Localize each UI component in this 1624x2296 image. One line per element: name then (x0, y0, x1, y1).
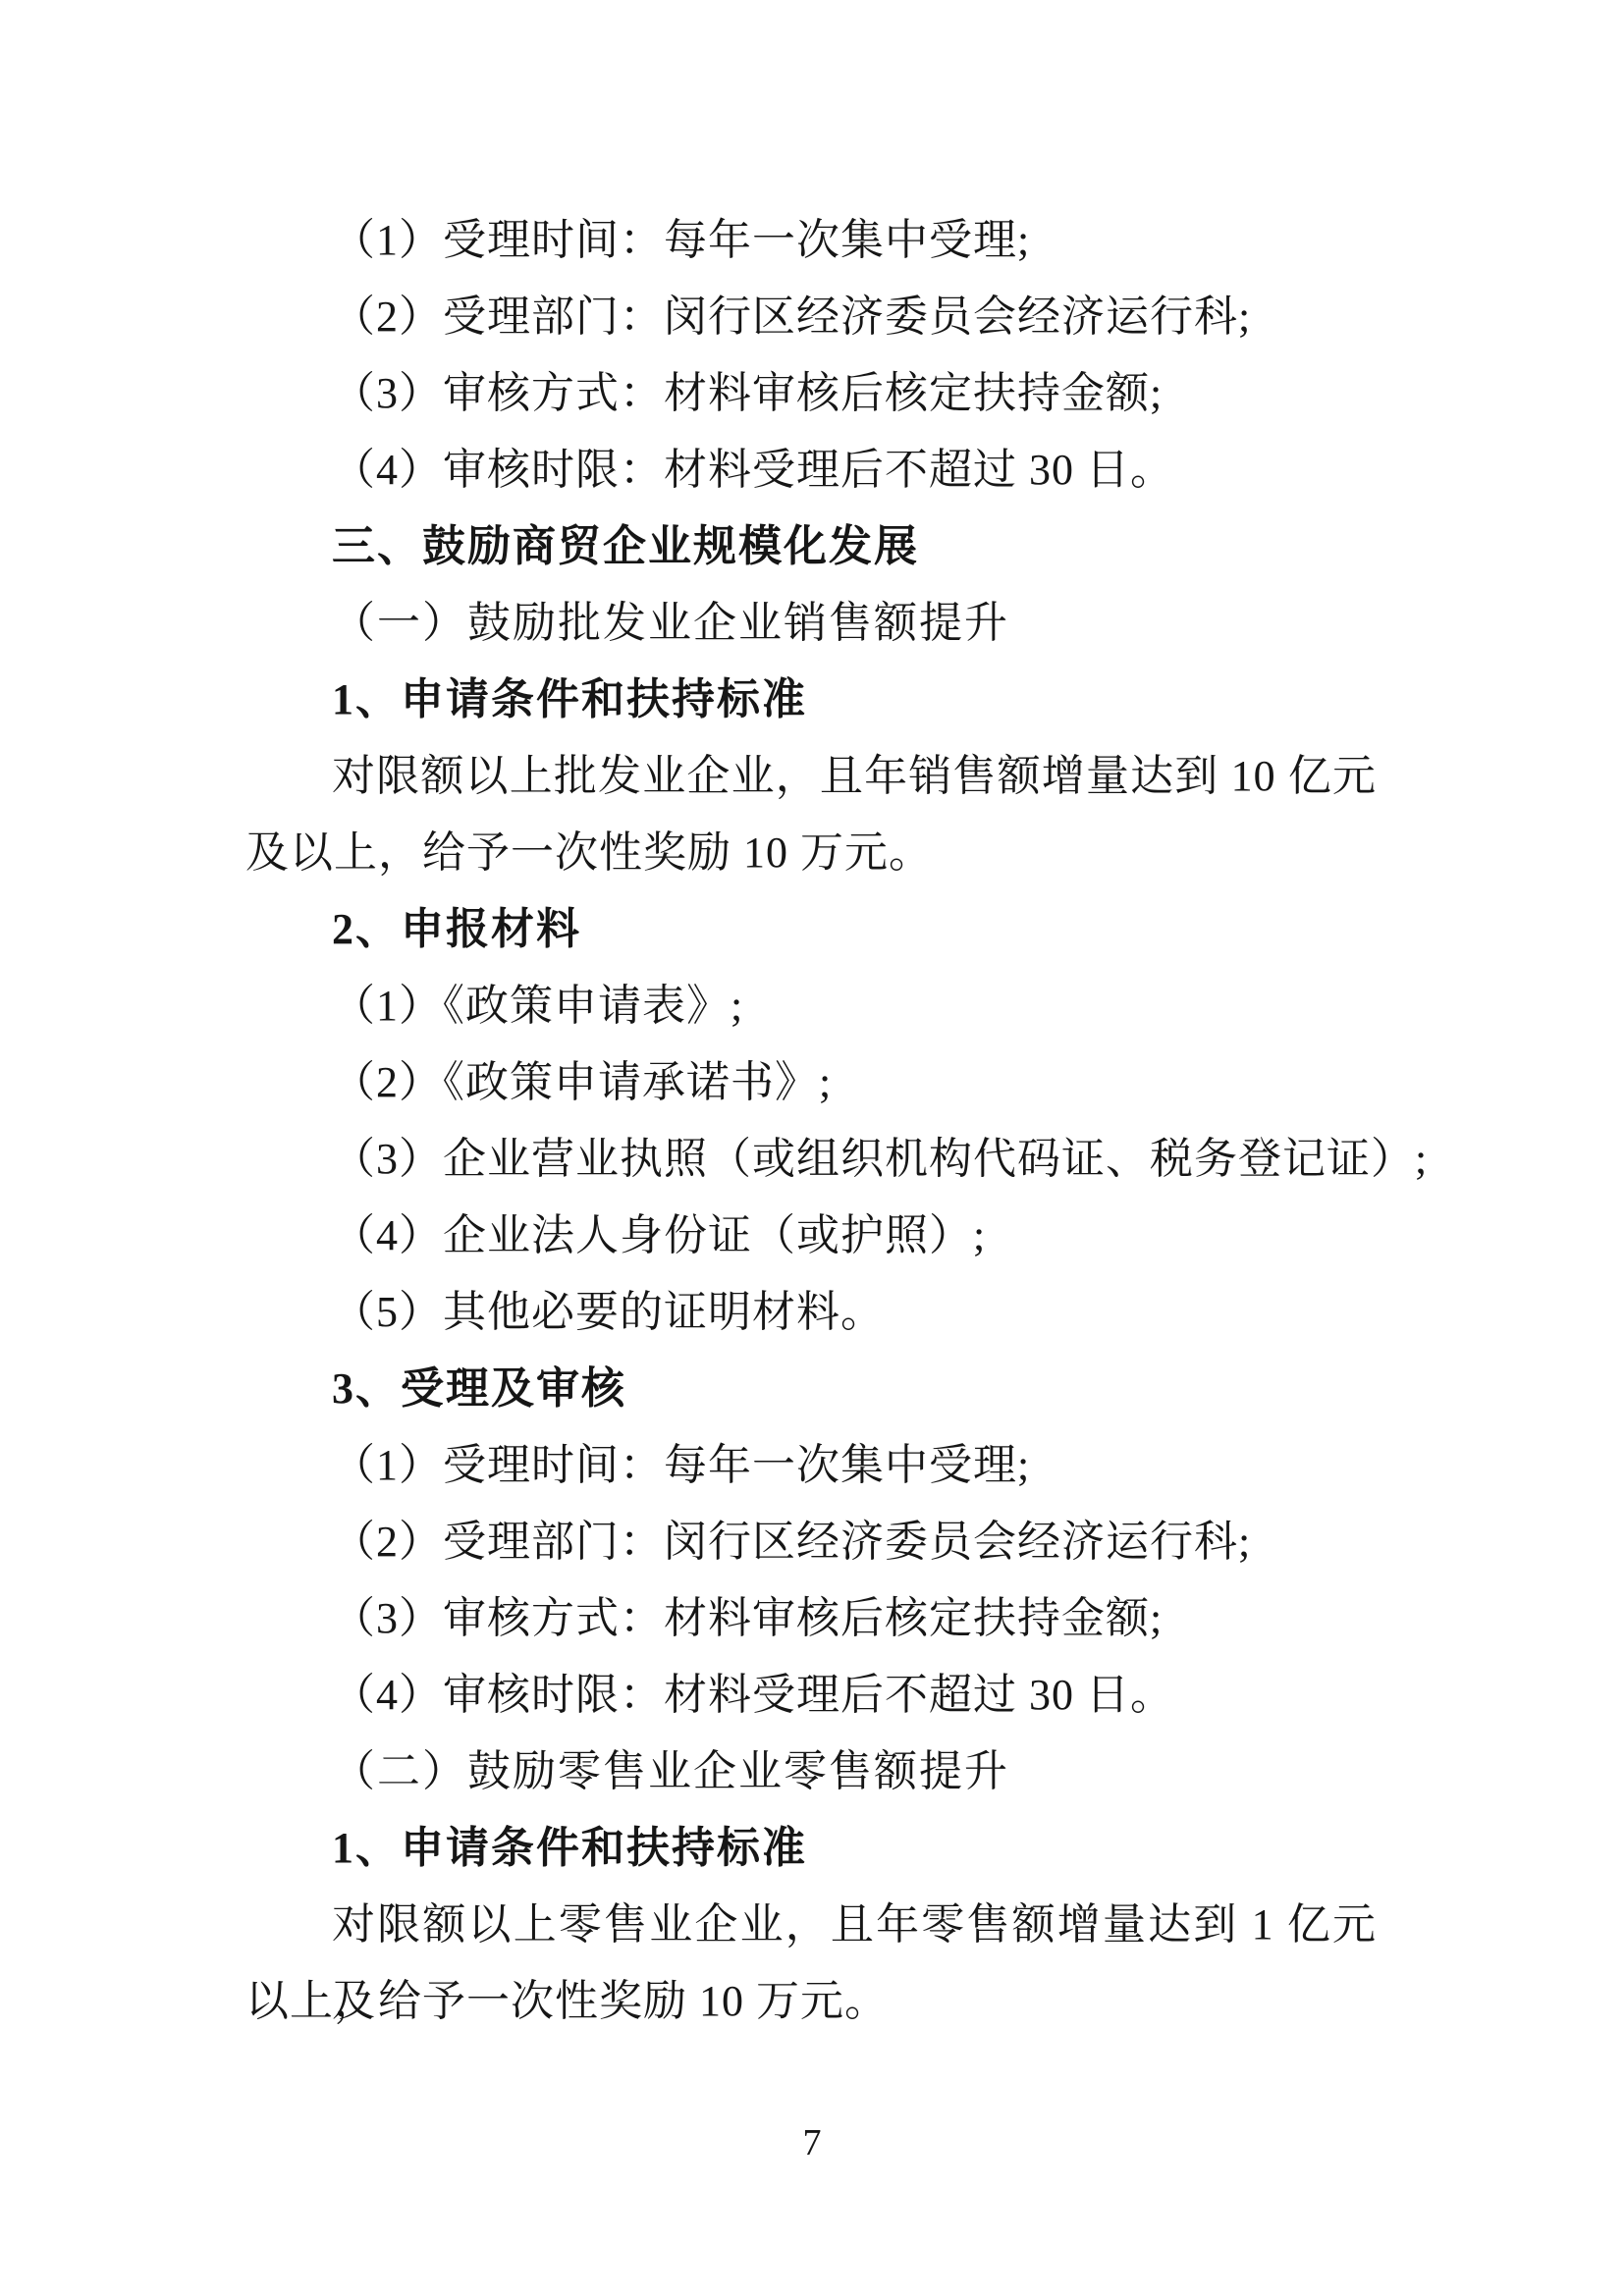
paragraph-line: 对限额以上批发业企业，且年销售额增量达到 10 亿元 (245, 738, 1377, 815)
material-item: （1）《政策申请表》; (245, 968, 1377, 1044)
numbered-heading: 1、申请条件和扶持标准 (245, 1810, 1377, 1887)
clause-line: （3）审核方式：材料审核后核定扶持金额; (245, 355, 1377, 432)
material-item: （3）企业营业执照（或组织机构代码证、税务登记证）; (245, 1121, 1377, 1198)
material-item: （4）企业法人身份证（或护照）; (245, 1198, 1377, 1274)
clause-line: （3）审核方式：材料审核后核定扶持金额; (245, 1580, 1377, 1657)
numbered-heading: 3、受理及审核 (245, 1351, 1377, 1427)
material-item: （2）《政策申请承诺书》; (245, 1044, 1377, 1121)
numbered-heading: 2、申报材料 (245, 891, 1377, 968)
clause-line: （4）审核时限：材料受理后不超过 30 日。 (245, 432, 1377, 508)
paragraph-line: 以上，给予一次性奖励 10 万元。 (245, 1963, 1377, 2040)
numbered-heading: 1、申请条件和扶持标准 (245, 662, 1377, 738)
page-number: 7 (0, 2105, 1624, 2181)
subsection-heading: （一）鼓励批发业企业销售额提升 (245, 585, 1377, 662)
document-body: （1）受理时间：每年一次集中受理; （2）受理部门：闵行区经济委员会经济运行科;… (245, 202, 1377, 2040)
material-item: （5）其他必要的证明材料。 (245, 1274, 1377, 1351)
subsection-heading: （二）鼓励零售业企业零售额提升 (245, 1734, 1377, 1810)
section-heading: 三、鼓励商贸企业规模化发展 (245, 508, 1377, 585)
document-page: （1）受理时间：每年一次集中受理; （2）受理部门：闵行区经济委员会经济运行科;… (0, 0, 1624, 2296)
clause-line: （2）受理部门：闵行区经济委员会经济运行科; (245, 279, 1377, 355)
clause-line: （1）受理时间：每年一次集中受理; (245, 1427, 1377, 1504)
clause-line: （1）受理时间：每年一次集中受理; (245, 202, 1377, 279)
paragraph-line: 及以上，给予一次性奖励 10 万元。 (245, 815, 1377, 891)
clause-line: （2）受理部门：闵行区经济委员会经济运行科; (245, 1504, 1377, 1580)
paragraph-line: 对限额以上零售业企业，且年零售额增量达到 1 亿元及 (245, 1887, 1377, 1963)
clause-line: （4）审核时限：材料受理后不超过 30 日。 (245, 1657, 1377, 1734)
